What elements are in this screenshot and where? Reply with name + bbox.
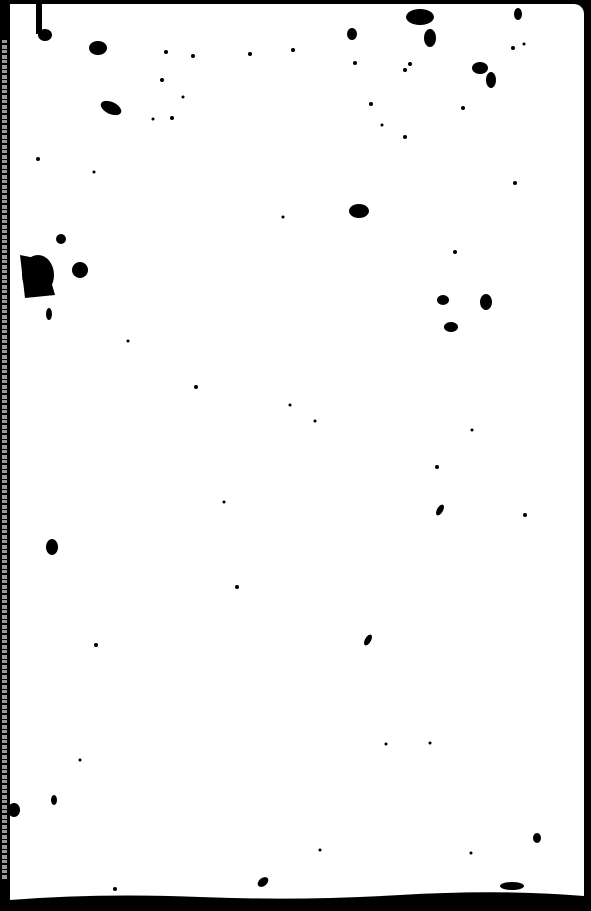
scan-speckles bbox=[0, 0, 591, 911]
